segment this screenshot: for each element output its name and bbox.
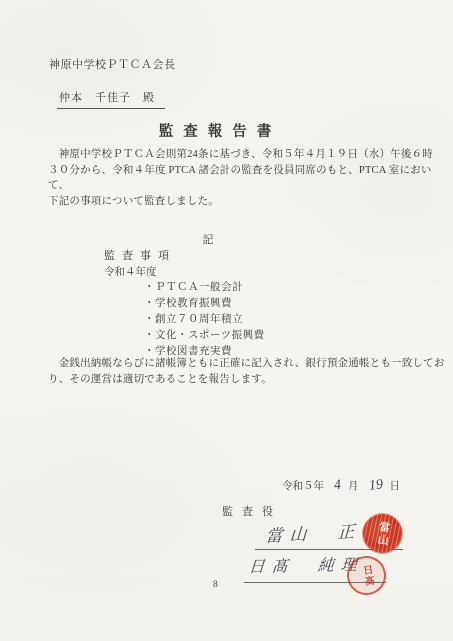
seal-1-characters: 當山 [375,520,389,547]
memo-heading: 記 [0,231,416,247]
seal-2-characters: 日髙 [360,564,373,587]
intro-line-4: 下記の事項について監査しました。 [48,194,433,210]
fiscal-year-label: 令和４年度 [104,264,157,279]
recipient-org-title: 神原中学校ＰＴＣＡ会長 [49,56,176,72]
scanned-audit-report-page: 神原中学校ＰＴＣＡ会長 仲本 千佳子 殿 監査報告書 神原中学校ＰＴＣＡ会則第2… [0,0,453,641]
audit-item: ・創立７０周年積立 [144,312,265,328]
intro-paragraph: 神原中学校ＰＴＣＡ会則第24条に基づき、令和５年４月１９日（水）午後６時 ３０分… [48,147,433,209]
date-day-label: 日 [390,478,401,493]
document-title: 監査報告書 [0,120,440,141]
audit-item: ・ＰＴＣＡ一般会計 [144,280,265,296]
date-day-handwritten: 19 [368,477,384,494]
conclusion-line-1: 金銭出納帳ならびに諸帳簿ともに正確に記入され、銀行預金通帳とも一致してお [48,356,445,372]
recipient-addressee: 仲本 千佳子 殿 [57,89,165,109]
conclusion-line-2: り、その運営は適切であることを報告します。 [48,372,445,388]
audit-items-section-label: 監査事項 [104,247,176,263]
intro-line-2: ３０分から、令和４年度 PTCA 諸会計の監査を役員同席のもと、PTCA 室にお… [48,163,433,179]
date-month-label: 月 [348,478,359,493]
date-month-handwritten: 4 [333,478,342,495]
conclusion-paragraph: 金銭出納帳ならびに諸帳簿ともに正確に記入され、銀行預金通帳とも一致してお り、そ… [48,356,445,387]
intro-line-1: 神原中学校ＰＴＣＡ会則第24条に基づき、令和５年４月１９日（水）午後６時 [48,147,433,163]
audit-item: ・文化・スポーツ振興費 [144,328,265,344]
audit-item: ・学校教育振興費 [144,296,265,312]
report-date-line: 令和５年 4 月 19 日 [282,478,400,494]
intro-line-3: て、 [48,178,433,194]
page-number: 8 [213,580,218,590]
date-era-year: 令和５年 [282,478,324,493]
audit-items-list: ・ＰＴＣＡ一般会計 ・学校教育振興費 ・創立７０周年積立 ・文化・スポーツ振興費… [144,280,265,360]
auditor-role-label: 監査役 [222,503,282,519]
